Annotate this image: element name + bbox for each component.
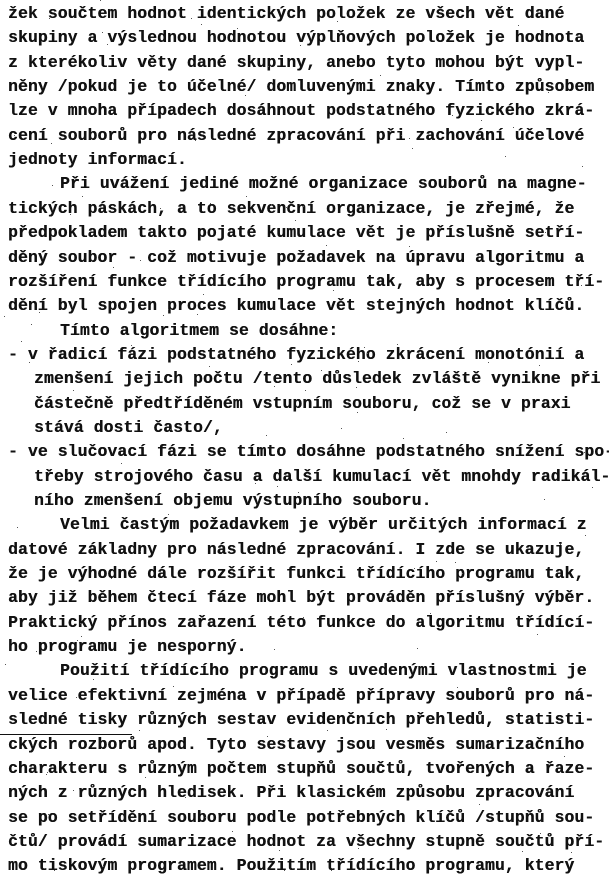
noise-speck — [48, 814, 49, 815]
noise-speck — [210, 203, 211, 204]
text-line: se po setřídění souboru podle potřebných… — [8, 808, 594, 828]
noise-speck — [564, 756, 565, 757]
noise-speck — [326, 245, 327, 246]
noise-speck — [47, 772, 48, 773]
noise-speck — [274, 649, 275, 650]
noise-speck — [51, 143, 52, 144]
noise-speck — [267, 331, 268, 332]
noise-speck — [409, 138, 410, 139]
text-line: cení souborů pro následné zpracování při… — [8, 126, 584, 146]
noise-speck — [417, 648, 418, 649]
noise-speck — [232, 831, 233, 832]
noise-speck — [303, 617, 304, 618]
noise-speck — [14, 135, 15, 136]
text-line: částečně předtříděném vstupním souboru, … — [34, 394, 571, 414]
noise-speck — [356, 387, 357, 388]
text-line: že je výhodné dále rozšířit funkci třídí… — [8, 564, 584, 584]
noise-speck — [145, 777, 146, 778]
noise-speck — [246, 196, 247, 197]
noise-speck — [268, 66, 269, 67]
noise-speck — [481, 622, 482, 623]
noise-speck — [331, 870, 332, 871]
text-line: skupiny a výslednou hodnotou výplňových … — [8, 28, 584, 48]
noise-speck — [81, 636, 82, 637]
noise-speck — [279, 850, 280, 851]
noise-speck — [140, 551, 141, 552]
text-line: - ve slučovací fázi se tímto dosáhne pod… — [8, 442, 609, 462]
text-line: ných z různých hledisek. Při klasickém z… — [8, 783, 574, 803]
noise-speck — [73, 390, 74, 391]
noise-speck — [21, 341, 22, 342]
noise-speck — [76, 697, 77, 698]
noise-speck — [140, 260, 141, 261]
noise-speck — [185, 797, 186, 798]
noise-speck — [70, 214, 71, 215]
noise-speck — [537, 634, 538, 635]
noise-speck — [298, 492, 299, 493]
noise-speck — [31, 324, 32, 325]
noise-speck — [29, 362, 30, 363]
noise-speck — [46, 774, 47, 775]
noise-speck — [203, 294, 204, 295]
text-line: ního zmenšení objemu výstupního souboru. — [34, 491, 431, 511]
noise-speck — [571, 852, 572, 853]
noise-speck — [286, 207, 287, 208]
text-line: žek součtem hodnot identických položek z… — [8, 4, 564, 24]
noise-speck — [592, 487, 593, 488]
noise-speck — [168, 309, 169, 310]
noise-speck — [488, 362, 489, 363]
noise-speck — [284, 870, 285, 871]
noise-speck — [582, 166, 583, 167]
text-line: z kterékoliv věty dané skupiny, anebo ty… — [8, 53, 584, 73]
text-line: předpokladem takto pojaté kumulace vět j… — [8, 223, 584, 243]
text-line: velice efektivní zejména v případě přípr… — [8, 686, 594, 706]
noise-speck — [358, 848, 359, 849]
noise-speck — [77, 640, 78, 641]
text-line: něny /pokud je to účelné/ domluvenými zn… — [8, 77, 594, 97]
text-line: mo tiskovým programem. Použitím třídícíh… — [8, 856, 574, 876]
text-line: jednoty informací. — [8, 150, 187, 170]
noise-speck — [4, 316, 5, 317]
noise-speck — [513, 127, 514, 128]
text-line: rozšíření funkce třídícího programu tak,… — [8, 272, 604, 292]
noise-speck — [141, 650, 142, 651]
noise-speck — [100, 0, 101, 1]
noise-speck — [164, 673, 165, 674]
noise-speck — [300, 45, 301, 46]
noise-speck — [111, 578, 112, 579]
noise-speck — [303, 206, 304, 207]
noise-speck — [54, 870, 55, 871]
noise-speck — [327, 730, 328, 731]
noise-speck — [295, 220, 296, 221]
noise-speck — [581, 285, 582, 286]
typewritten-page: žek součtem hodnot identických položek z… — [0, 0, 609, 879]
noise-speck — [455, 562, 456, 563]
noise-speck — [357, 412, 358, 413]
text-line: děný soubor - což motivuje požadavek na … — [8, 248, 584, 268]
noise-speck — [402, 764, 403, 765]
text-line: zmenšení jejich počtu /tento důsledek zv… — [34, 369, 600, 389]
noise-speck — [397, 344, 398, 345]
noise-speck — [162, 840, 163, 841]
noise-speck — [274, 79, 275, 80]
noise-speck — [584, 452, 585, 453]
noise-speck — [195, 140, 196, 141]
noise-speck — [50, 60, 51, 61]
noise-speck — [139, 730, 140, 731]
text-line: Použití třídícího programu s uvedenými v… — [60, 661, 587, 681]
text-line: Při uvážení jediné možné organizace soub… — [60, 174, 587, 194]
noise-speck — [131, 345, 132, 346]
text-line: ckých rozborů apod. Tyto sestavy jsou ve… — [8, 735, 584, 755]
noise-speck — [266, 435, 267, 436]
noise-speck — [481, 120, 482, 121]
noise-speck — [505, 156, 506, 157]
text-line: datové základny pro následné zpracování.… — [8, 540, 584, 560]
noise-speck — [102, 32, 103, 33]
noise-speck — [244, 448, 245, 449]
noise-speck — [552, 595, 553, 596]
noise-speck — [544, 499, 545, 500]
noise-speck — [585, 535, 586, 536]
noise-speck — [197, 314, 198, 315]
noise-speck — [380, 75, 381, 76]
noise-speck — [321, 370, 322, 371]
noise-speck — [548, 92, 549, 93]
noise-speck — [93, 679, 94, 680]
text-line: dění byl spojen proces kumulace vět stej… — [8, 296, 584, 316]
noise-speck — [269, 445, 270, 446]
noise-speck — [170, 429, 171, 430]
text-line: sledné tisky různých sestav evidenčních … — [8, 710, 594, 730]
noise-speck — [341, 428, 342, 429]
noise-speck — [386, 729, 387, 730]
noise-speck — [436, 561, 437, 562]
noise-speck — [271, 204, 272, 205]
noise-speck — [160, 208, 161, 209]
noise-speck — [412, 148, 413, 149]
noise-speck — [237, 28, 238, 29]
noise-speck — [358, 361, 359, 362]
noise-speck — [205, 817, 206, 818]
noise-speck — [107, 44, 108, 45]
noise-speck — [52, 185, 53, 186]
noise-speck — [17, 527, 18, 528]
noise-speck — [168, 514, 169, 515]
text-line: stává dosti často/, — [34, 418, 223, 438]
text-line: Velmi častým požadavkem je výběr určitýc… — [60, 515, 587, 535]
noise-speck — [545, 232, 546, 233]
text-line: Tímto algoritmem se dosáhne: — [60, 321, 338, 341]
text-line: - v řadicí fázi podstatného fyzického zk… — [8, 345, 584, 365]
noise-speck — [113, 267, 114, 268]
noise-speck — [173, 686, 174, 687]
noise-speck — [328, 796, 329, 797]
noise-speck — [201, 24, 202, 25]
noise-speck — [80, 623, 81, 624]
noise-speck — [518, 25, 519, 26]
noise-speck — [430, 613, 431, 614]
noise-speck — [277, 486, 278, 487]
noise-speck — [403, 438, 404, 439]
noise-speck — [400, 67, 401, 68]
noise-speck — [73, 790, 74, 791]
noise-speck — [560, 544, 561, 545]
text-line: Praktický přínos zařazení této funkce do… — [8, 613, 594, 633]
noise-speck — [479, 804, 480, 805]
noise-speck — [401, 135, 402, 136]
noise-speck — [274, 386, 275, 387]
noise-speck — [103, 866, 104, 867]
noise-speck — [457, 687, 458, 688]
noise-speck — [540, 833, 541, 834]
noise-speck — [452, 115, 453, 116]
noise-speck — [82, 196, 83, 197]
noise-speck — [121, 463, 122, 464]
noise-speck — [214, 307, 215, 308]
noise-speck — [163, 315, 164, 316]
noise-speck — [5, 664, 6, 665]
noise-speck — [191, 18, 192, 19]
scan-line-artifact — [0, 734, 132, 735]
text-line: tických páskách, a to sekvenční organiza… — [8, 199, 574, 219]
noise-speck — [267, 736, 268, 737]
noise-speck — [409, 246, 410, 247]
noise-speck — [337, 21, 338, 22]
noise-speck — [36, 651, 37, 652]
noise-speck — [333, 290, 334, 291]
noise-speck — [462, 573, 463, 574]
text-line: třeby strojového času a další kumulací v… — [34, 467, 609, 487]
noise-speck — [367, 353, 368, 354]
text-line: lze v mnoha případech dosáhnout podstatn… — [8, 101, 594, 121]
noise-speck — [277, 766, 278, 767]
noise-speck — [414, 568, 415, 569]
noise-speck — [364, 347, 365, 348]
text-line: charakteru s různým počtem stupňů součtů… — [8, 759, 594, 779]
text-line: aby již během čtecí fáze mohl být provád… — [8, 588, 594, 608]
noise-speck — [209, 366, 210, 367]
noise-speck — [255, 483, 256, 484]
noise-speck — [291, 364, 292, 365]
noise-speck — [446, 432, 447, 433]
noise-speck — [305, 390, 306, 391]
noise-speck — [522, 851, 523, 852]
noise-speck — [39, 312, 40, 313]
noise-speck — [245, 95, 246, 96]
text-line: čtů/ provádí sumarizace hodnot za všechn… — [8, 832, 604, 852]
noise-speck — [539, 365, 540, 366]
noise-speck — [49, 18, 50, 19]
text-line: ho programu je nesporný. — [8, 637, 246, 657]
